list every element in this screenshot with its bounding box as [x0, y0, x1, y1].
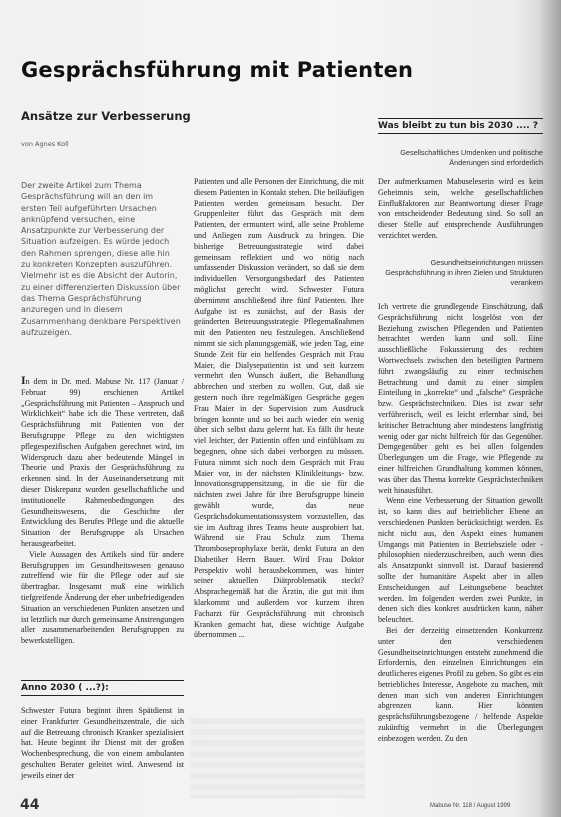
pullquote-2: Gesundheitseinrichtungen müssen Gespräch…	[378, 258, 543, 288]
column-1: In dem in Dr. med. Mabuse Nr. 117 (Janua…	[21, 375, 184, 647]
article-title: Gesprächsführung mit Patienten	[21, 58, 413, 82]
pullquote-1: Gesellschaftliches Umdenken und politisc…	[378, 148, 543, 168]
paragraph: Viele Aussagen des Artikels sind für and…	[21, 550, 184, 647]
article-author: von Agnes Koll	[21, 140, 69, 148]
paragraph: In dem in Dr. med. Mabuse Nr. 117 (Janua…	[21, 375, 184, 550]
paragraph: Patienten und alle Personen der Einricht…	[194, 177, 364, 641]
page-number: 44	[20, 797, 39, 813]
section-heading-anno-2030: Anno 2030 ( ...?):	[21, 680, 184, 696]
section-2030-intro: Der aufmerksamen Mabuseleserin wird es k…	[378, 177, 543, 242]
column-2: Patienten und alle Personen der Einricht…	[194, 177, 364, 641]
article-subtitle: Ansätze zur Verbesserung	[21, 109, 191, 123]
paragraph: Ich vertrete die grundlegende Einschätzu…	[378, 302, 543, 496]
section-anno-text: Schwester Futura beginnt ihren Spätdiens…	[21, 706, 184, 782]
section-heading-2030: Was bleibt zu tun bis 2030 .... ?	[378, 118, 543, 134]
paragraph: Bei der derzeitig einsetzenden Konkurren…	[378, 626, 543, 745]
article-intro: Der zweite Artikel zum Thema Gesprächsfü…	[21, 180, 181, 338]
page-footer: Mabuse Nr. 118 / August 1999	[430, 803, 510, 809]
column-3: Ich vertrete die grundlegende Einschätzu…	[378, 302, 543, 745]
faded-print-area	[190, 718, 365, 798]
paragraph: Wenn eine Verbesserung der Situation gew…	[378, 496, 543, 626]
magazine-page: Gesprächsführung mit Patienten Ansätze z…	[0, 0, 561, 817]
page-binding-shadow	[539, 0, 561, 817]
